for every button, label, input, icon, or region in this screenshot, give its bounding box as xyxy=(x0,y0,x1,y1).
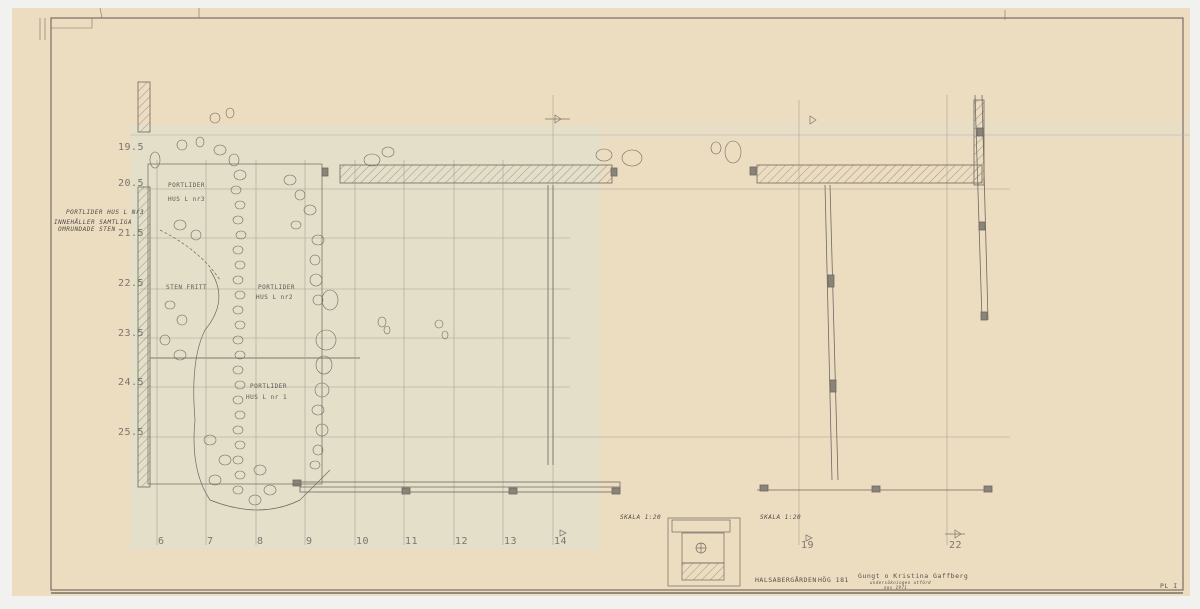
col-label-9: 9 xyxy=(306,536,313,547)
row-label-22-5: 22.5 xyxy=(118,278,144,289)
title-date: nov 1971 xyxy=(884,585,907,590)
title-reference: HÖG 181 xyxy=(818,576,849,584)
col-label-10: 10 xyxy=(356,536,369,547)
side-note-line-1: PORTLIDER HUS L Nr3 xyxy=(66,209,144,216)
col-label-13: 13 xyxy=(504,536,517,547)
top-row-label: 19.5 xyxy=(118,142,144,153)
title-site: HALSABERGÅRDEN xyxy=(755,576,817,584)
site-plan-drawing xyxy=(0,0,1200,609)
col-label-14: 14 xyxy=(554,536,567,547)
portlider-nr3-label: PORTLIDER xyxy=(168,182,205,189)
col-label-12: 12 xyxy=(455,536,468,547)
side-note-line-3: OMRUNDADE STEN xyxy=(58,226,116,233)
row-label-20-5: 20.5 xyxy=(118,178,144,189)
col-label-22: 22 xyxy=(949,540,962,551)
portlider-nr1-label: PORTLIDER xyxy=(250,383,287,390)
sheet-frame xyxy=(40,8,1183,593)
sheet-id: PL I xyxy=(1160,582,1178,590)
col-label-8: 8 xyxy=(257,536,264,547)
row-label-23-5: 23.5 xyxy=(118,328,144,339)
col-label-19: 19 xyxy=(801,540,814,551)
col-label-7: 7 xyxy=(207,536,214,547)
inset-scale-label: SKALA 1:20 xyxy=(620,514,661,521)
inset-detail xyxy=(668,518,740,586)
row-label-21-5: 21.5 xyxy=(118,228,144,239)
hus-nr2-label: HUS L nr2 xyxy=(256,294,293,301)
col-label-11: 11 xyxy=(405,536,418,547)
side-note-line-2: INNEHÅLLER SAMTLIGA xyxy=(54,219,132,226)
title-authors: Gungt o Kristina Gaffberg xyxy=(858,572,968,580)
row-label-24-5: 24.5 xyxy=(118,377,144,388)
hus-nr1-label: HUS L nr 1 xyxy=(246,394,287,401)
col-label-6: 6 xyxy=(158,536,165,547)
portlider-nr2-label: PORTLIDER xyxy=(258,284,295,291)
row-label-25-5: 25.5 xyxy=(118,427,144,438)
hus-nr3-label: HUS L nr3 xyxy=(168,196,205,203)
posts xyxy=(293,95,992,494)
sten-fritt-label: STEN FRITT xyxy=(166,284,207,291)
plan-scale-label: SKALA 1:20 xyxy=(760,514,801,521)
